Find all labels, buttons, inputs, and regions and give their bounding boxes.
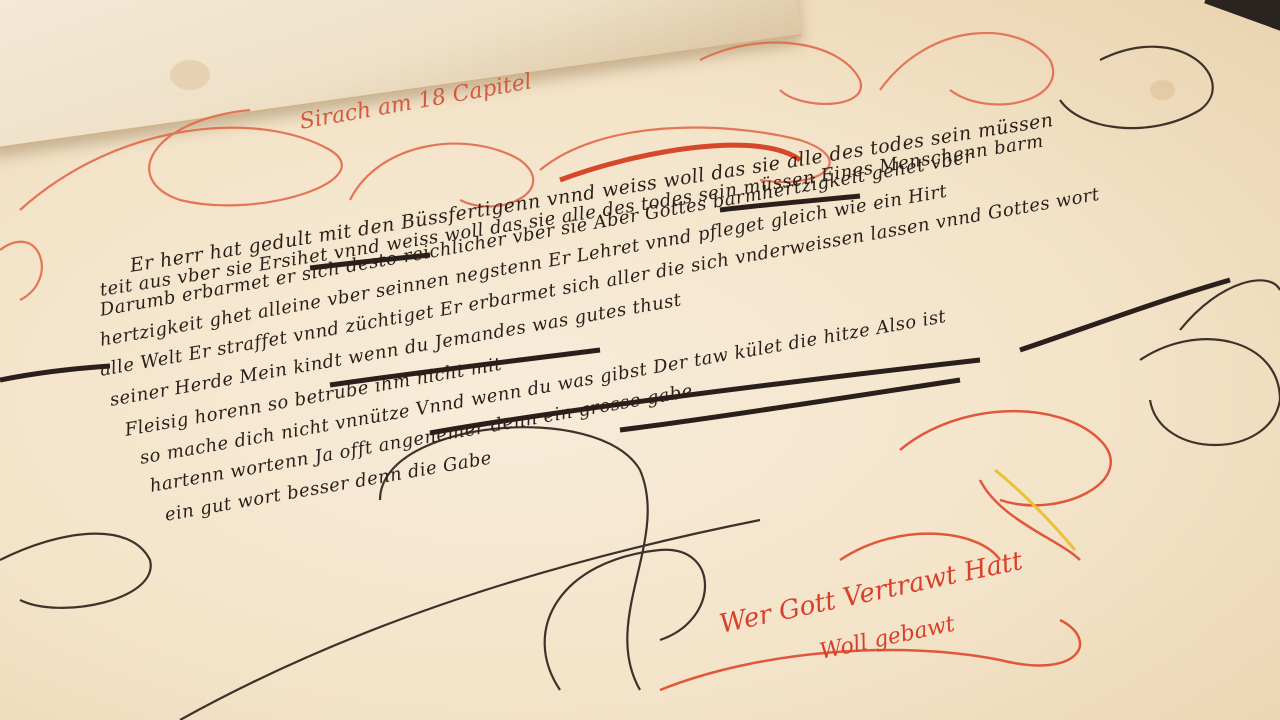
manuscript-text: Er herr hat gedult mit den Büssfertigenn… [0, 0, 1280, 720]
